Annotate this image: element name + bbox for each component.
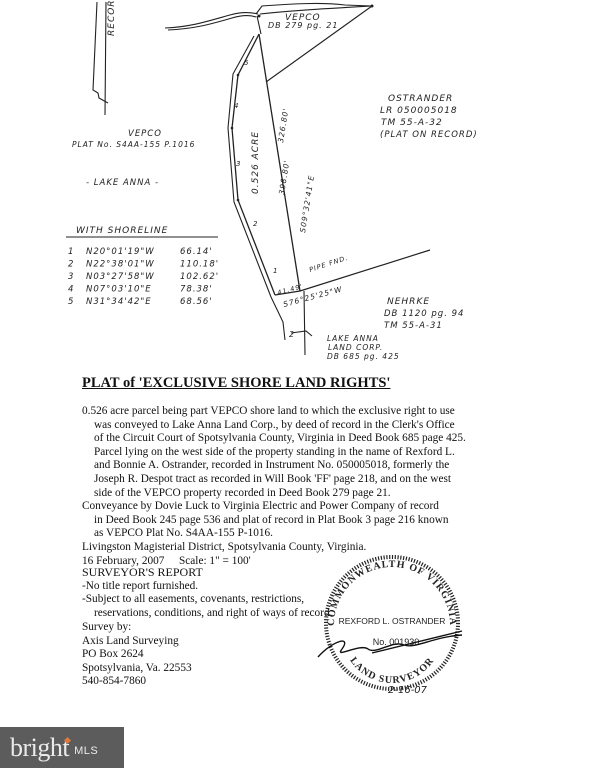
shoreline-row-number: 1 [68,247,74,257]
shoreline-row-distance: 110.18' [180,260,219,270]
survey-by-block: Survey by: Axis Land Surveying PO Box 26… [82,621,192,689]
seal-name: REXFORD L. OSTRANDER [339,616,446,626]
record-label: RECORD NO [107,0,117,36]
seal-signed-date: 2-16-07 [388,685,428,696]
east-distance-2: 326.80' [276,107,290,143]
survey-by-label: Survey by: [82,621,192,635]
lake-anna-label: - LAKE ANNA - [86,178,159,188]
surveyor-report: SURVEYOR'S REPORT -No title report furni… [82,566,332,620]
shoreline-row-number: 4 [68,285,74,295]
segment-marker-2: 2 [289,330,295,339]
vepco-left-plat: PLAT No. S4AA-155 P.1016 [72,140,195,149]
shoreline-row-distance: 78.38' [180,285,213,295]
shoreline-row-bearing: N22°38'01"W [86,260,155,270]
ostrander-lr: LR 050005018 [380,106,458,116]
para1-line: 0.526 acre parcel being part VEPCO shore… [82,405,466,419]
surveyor-city: Spotsylvania, Va. 22553 [82,662,192,676]
para1-line: and Bonnie A. Ostrander, recorded in Ins… [82,459,466,473]
ostrander-tm: TM 55-A-32 [381,118,443,128]
logo-brand: bright [10,733,69,763]
vepco-left-name: VEPCO [128,129,162,139]
shoreline-row-distance: 102.62' [180,272,219,282]
surveyor-phone: 540-854-7860 [82,675,192,689]
description-paragraph: 0.526 acre parcel being part VEPCO shore… [82,405,466,568]
report-item: reservations, conditions, and right of w… [82,607,332,621]
shoreline-row-bearing: N07°03'10"E [86,285,152,295]
acreage-label: 0.526 ACRE [251,131,261,194]
surveyor-po-box: PO Box 2624 [82,648,192,662]
shoreline-row-number: 3 [68,272,74,282]
bright-mls-logo: bright MLS [0,727,124,768]
pipe-found-label: PIPE FND. [308,254,349,274]
lake-anna-corp-3: DB 685 pg. 425 [327,352,400,361]
surveyor-company: Axis Land Surveying [82,635,192,649]
shoreline-row-number: 5 [68,297,74,307]
para1-line: Joseph R. Despot tract as recorded in Wi… [82,473,466,487]
para2-line: as VEPCO Plat No. S4AA-155 P-1016. [82,527,466,541]
shoreline-row-bearing: N31°34'42"E [86,297,152,307]
shoreline-row-bearing: N20°01'19"W [86,247,155,257]
nehrke-name: NEHRKE [387,297,430,307]
shoreline-row-number: 2 [68,260,74,270]
segment-mark-5: 5 [244,59,249,67]
report-title: SURVEYOR'S REPORT [82,566,332,580]
segment-mark-3: 3 [236,160,241,168]
shoreline-row-distance: 68.56' [180,297,213,307]
lake-anna-corp-1: LAKE ANNA [327,334,379,343]
para1-line: of the Circuit Court of Spotsylvania Cou… [82,432,466,446]
nehrke-tm: TM 55-A-31 [384,321,443,331]
para2-line: Conveyance by Dovie Luck to Virginia Ele… [82,500,466,514]
logo-suffix: MLS [74,745,98,757]
para1-line: side of the VEPCO property recorded in D… [82,487,466,501]
lake-anna-corp-2: LAND CORP. [328,343,383,352]
para2-line: in Deed Book 245 page 536 and plat of re… [82,514,466,528]
report-item: -No title report furnished. [82,580,332,594]
nehrke-db: DB 1120 pg. 94 [384,309,464,319]
report-item: -Subject to all easements, covenants, re… [82,593,332,607]
shoreline-title: WITH SHORELINE [76,226,168,236]
segment-mark-4: 4 [234,102,239,110]
segment-mark-2: 2 [253,220,258,228]
shoreline-row-distance: 66.14' [180,247,213,257]
para1-line: was conveyed to Lake Anna Land Corp., by… [82,419,466,433]
ostrander-name: OSTRANDER [388,94,453,104]
shoreline-table: 1N20°01'19"W66.14'2N22°38'01"W110.18'3N0… [68,247,219,307]
shoreline-row-bearing: N03°27'58"W [86,272,155,282]
document-title: PLAT of 'EXCLUSIVE SHORE LAND RIGHTS' [82,375,390,392]
surveyor-seal: COMMONWEALTH OF VIRGINIA REXFORD L. OSTR… [312,545,472,705]
vepco-top-ref: DB 279 pg. 21 [268,21,338,30]
segment-mark-1: 1 [273,267,278,275]
plat-drawing: RECORD NO VEPCO DB 279 pg. 21 VEPCO PLAT… [0,0,593,370]
ostrander-note: (PLAT ON RECORD) [380,130,478,140]
east-bearing: S09°32'41"E [298,174,316,233]
para1-line: Parcel lying on the west side of the pro… [82,446,466,460]
